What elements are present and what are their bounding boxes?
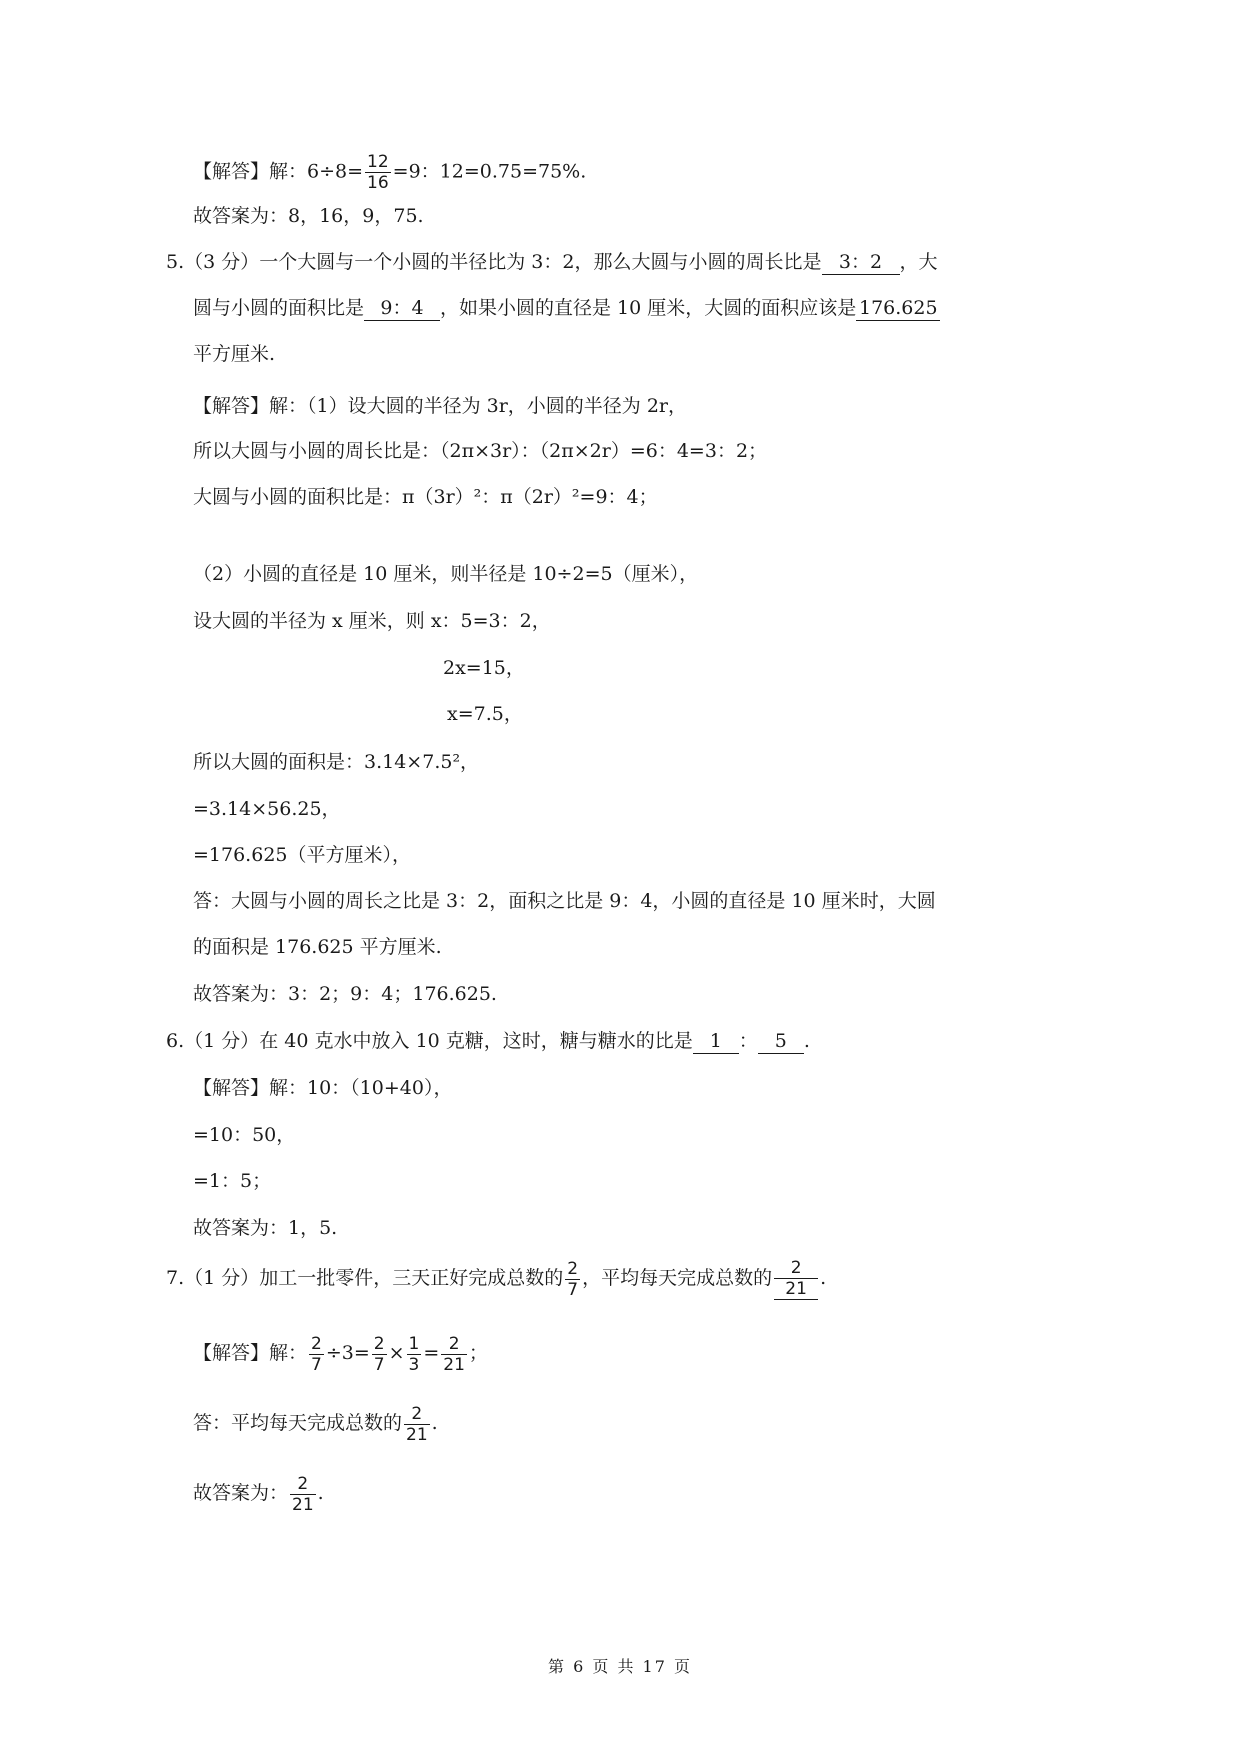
q5-solution-line: 【解答】解：（1）设大圆的半径为 3r，小圆的半径为 2r， bbox=[193, 392, 687, 420]
q5-solution-line: （2）小圆的直径是 10 厘米，则半径是 10÷2=5（厘米）， bbox=[193, 560, 698, 588]
answer-blank: 1 bbox=[693, 1029, 739, 1054]
fraction: 27 bbox=[309, 1334, 324, 1375]
q6-solution-line: =10：50， bbox=[193, 1121, 295, 1149]
q6-final-answer: 故答案为：1，5. bbox=[193, 1214, 337, 1242]
q5-solution-line: 的面积是 176.625 平方厘米. bbox=[193, 933, 442, 961]
answer-blank: 176.625 bbox=[856, 296, 940, 321]
q4-solution-suffix: =9：12=0.75=75%. bbox=[393, 161, 587, 183]
frac-num: 2 bbox=[290, 1474, 316, 1495]
q7-answer: 答：平均每天完成总数的221. bbox=[193, 1400, 438, 1446]
fraction: 221 bbox=[404, 1404, 430, 1445]
q5-text: ，大 bbox=[900, 251, 938, 273]
answer-blank: 5 bbox=[758, 1029, 804, 1054]
q7-text: ，平均每天完成总数的 bbox=[582, 1267, 772, 1289]
q7-solution: 【解答】解：27÷3=27×13=221； bbox=[193, 1330, 488, 1376]
q5-solution-line: 2x=15， bbox=[443, 654, 525, 682]
frac-num: 2 bbox=[441, 1334, 467, 1355]
answer-blank: 3：2 bbox=[822, 250, 900, 275]
q5-text: （3 分）一个大圆与一个小圆的半径比为 3：2，那么大圆与小圆的周长比是 bbox=[184, 251, 821, 273]
q6-solution-line: =1：5； bbox=[193, 1167, 271, 1195]
q4-answer: 故答案为：8，16，9，75. bbox=[193, 202, 424, 230]
q6-stem: 6.（1 分）在 40 克水中放入 10 克糖，这时，糖与糖水的比是1：5. bbox=[166, 1027, 810, 1055]
q5-solution-line: 答：大圆与小圆的周长之比是 3：2，面积之比是 9：4，小圆的直径是 10 厘米… bbox=[193, 887, 936, 915]
q7-op: × bbox=[389, 1342, 405, 1364]
question-number: 6. bbox=[166, 1030, 184, 1052]
q6-text: （1 分）在 40 克水中放入 10 克糖，这时，糖与糖水的比是 bbox=[184, 1030, 693, 1052]
q7-end: . bbox=[820, 1267, 826, 1289]
fraction: 221 bbox=[441, 1334, 467, 1375]
fraction: 27 bbox=[565, 1259, 580, 1300]
q5-stem-line1: 5.（3 分）一个大圆与一个小圆的半径比为 3：2，那么大圆与小圆的周长比是3：… bbox=[166, 248, 938, 276]
q6-solution-line: 【解答】解：10：（10+40）， bbox=[193, 1074, 452, 1102]
frac-num: 2 bbox=[404, 1404, 430, 1425]
fraction: 221 bbox=[290, 1474, 316, 1515]
q7-op: ÷3= bbox=[326, 1342, 370, 1364]
q7-stem: 7.（1 分）加工一批零件，三天正好完成总数的27，平均每天完成总数的221. bbox=[166, 1255, 826, 1301]
frac-den: 7 bbox=[372, 1355, 387, 1375]
frac-num: 12 bbox=[365, 152, 391, 173]
q5-stem-line2: 圆与小圆的面积比是9：4，如果小圆的直径是 10 厘米，大圆的面积应该是176.… bbox=[193, 294, 940, 322]
q5-solution-line: 大圆与小圆的面积比是：π（3r）²：π（2r）²=9：4； bbox=[193, 483, 658, 511]
frac-num: 2 bbox=[565, 1259, 580, 1280]
page-footer: 第 6 页 共 17 页 bbox=[0, 1654, 1240, 1677]
q5-solution-line: 所以大圆的面积是：3.14×7.5²， bbox=[193, 748, 479, 776]
frac-den: 3 bbox=[407, 1355, 422, 1375]
q6-end: . bbox=[804, 1030, 810, 1052]
frac-den: 16 bbox=[365, 173, 391, 193]
q5-solution-line: =176.625（平方厘米）， bbox=[193, 841, 411, 869]
q7-end: . bbox=[432, 1412, 438, 1434]
frac-den: 7 bbox=[309, 1355, 324, 1375]
fraction: 27 bbox=[372, 1334, 387, 1375]
q7-text: （1 分）加工一批零件，三天正好完成总数的 bbox=[184, 1267, 563, 1289]
question-number: 5. bbox=[166, 251, 184, 273]
frac-num: 1 bbox=[407, 1334, 422, 1355]
frac-num: 2 bbox=[309, 1334, 324, 1355]
fraction: 13 bbox=[407, 1334, 422, 1375]
q5-text: ，如果小圆的直径是 10 厘米，大圆的面积应该是 bbox=[440, 297, 856, 319]
q7-final-prefix: 故答案为： bbox=[193, 1482, 288, 1504]
q5-text: 圆与小圆的面积比是 bbox=[193, 297, 364, 319]
answer-blank: 9：4 bbox=[364, 296, 440, 321]
q7-ans-prefix: 答：平均每天完成总数的 bbox=[193, 1412, 402, 1434]
frac-num: 2 bbox=[774, 1258, 818, 1279]
frac-num: 2 bbox=[372, 1334, 387, 1355]
q4-solution-prefix: 【解答】解：6÷8= bbox=[193, 161, 363, 183]
q5-final-answer: 故答案为：3：2；9：4；176.625. bbox=[193, 980, 497, 1008]
q5-solution-line: x=7.5， bbox=[447, 700, 523, 728]
q5-solution-line: =3.14×56.25， bbox=[193, 795, 341, 823]
q7-op: = bbox=[423, 1342, 439, 1364]
q5-solution-line: 设大圆的半径为 x 厘米，则 x：5=3：2， bbox=[193, 607, 551, 635]
question-number: 7. bbox=[166, 1267, 184, 1289]
frac-den: 21 bbox=[290, 1495, 316, 1515]
frac-den: 7 bbox=[565, 1280, 580, 1300]
q5-stem-line3: 平方厘米. bbox=[193, 340, 275, 368]
frac-den: 21 bbox=[774, 1279, 818, 1299]
answer-blank: 221 bbox=[774, 1258, 818, 1300]
q7-end: ； bbox=[469, 1342, 488, 1364]
q5-solution-line: 所以大圆与小圆的周长比是：（2π×3r）：（2π×2r）=6：4=3：2； bbox=[193, 437, 767, 465]
q7-sol-prefix: 【解答】解： bbox=[193, 1342, 307, 1364]
frac-den: 21 bbox=[404, 1425, 430, 1445]
q7-final-answer: 故答案为：221. bbox=[193, 1470, 324, 1516]
q4-solution: 【解答】解：6÷8=1216=9：12=0.75=75%. bbox=[193, 152, 586, 193]
q7-end: . bbox=[318, 1482, 324, 1504]
q6-sep: ： bbox=[739, 1030, 758, 1052]
frac-den: 21 bbox=[441, 1355, 467, 1375]
fraction: 1216 bbox=[365, 152, 391, 193]
